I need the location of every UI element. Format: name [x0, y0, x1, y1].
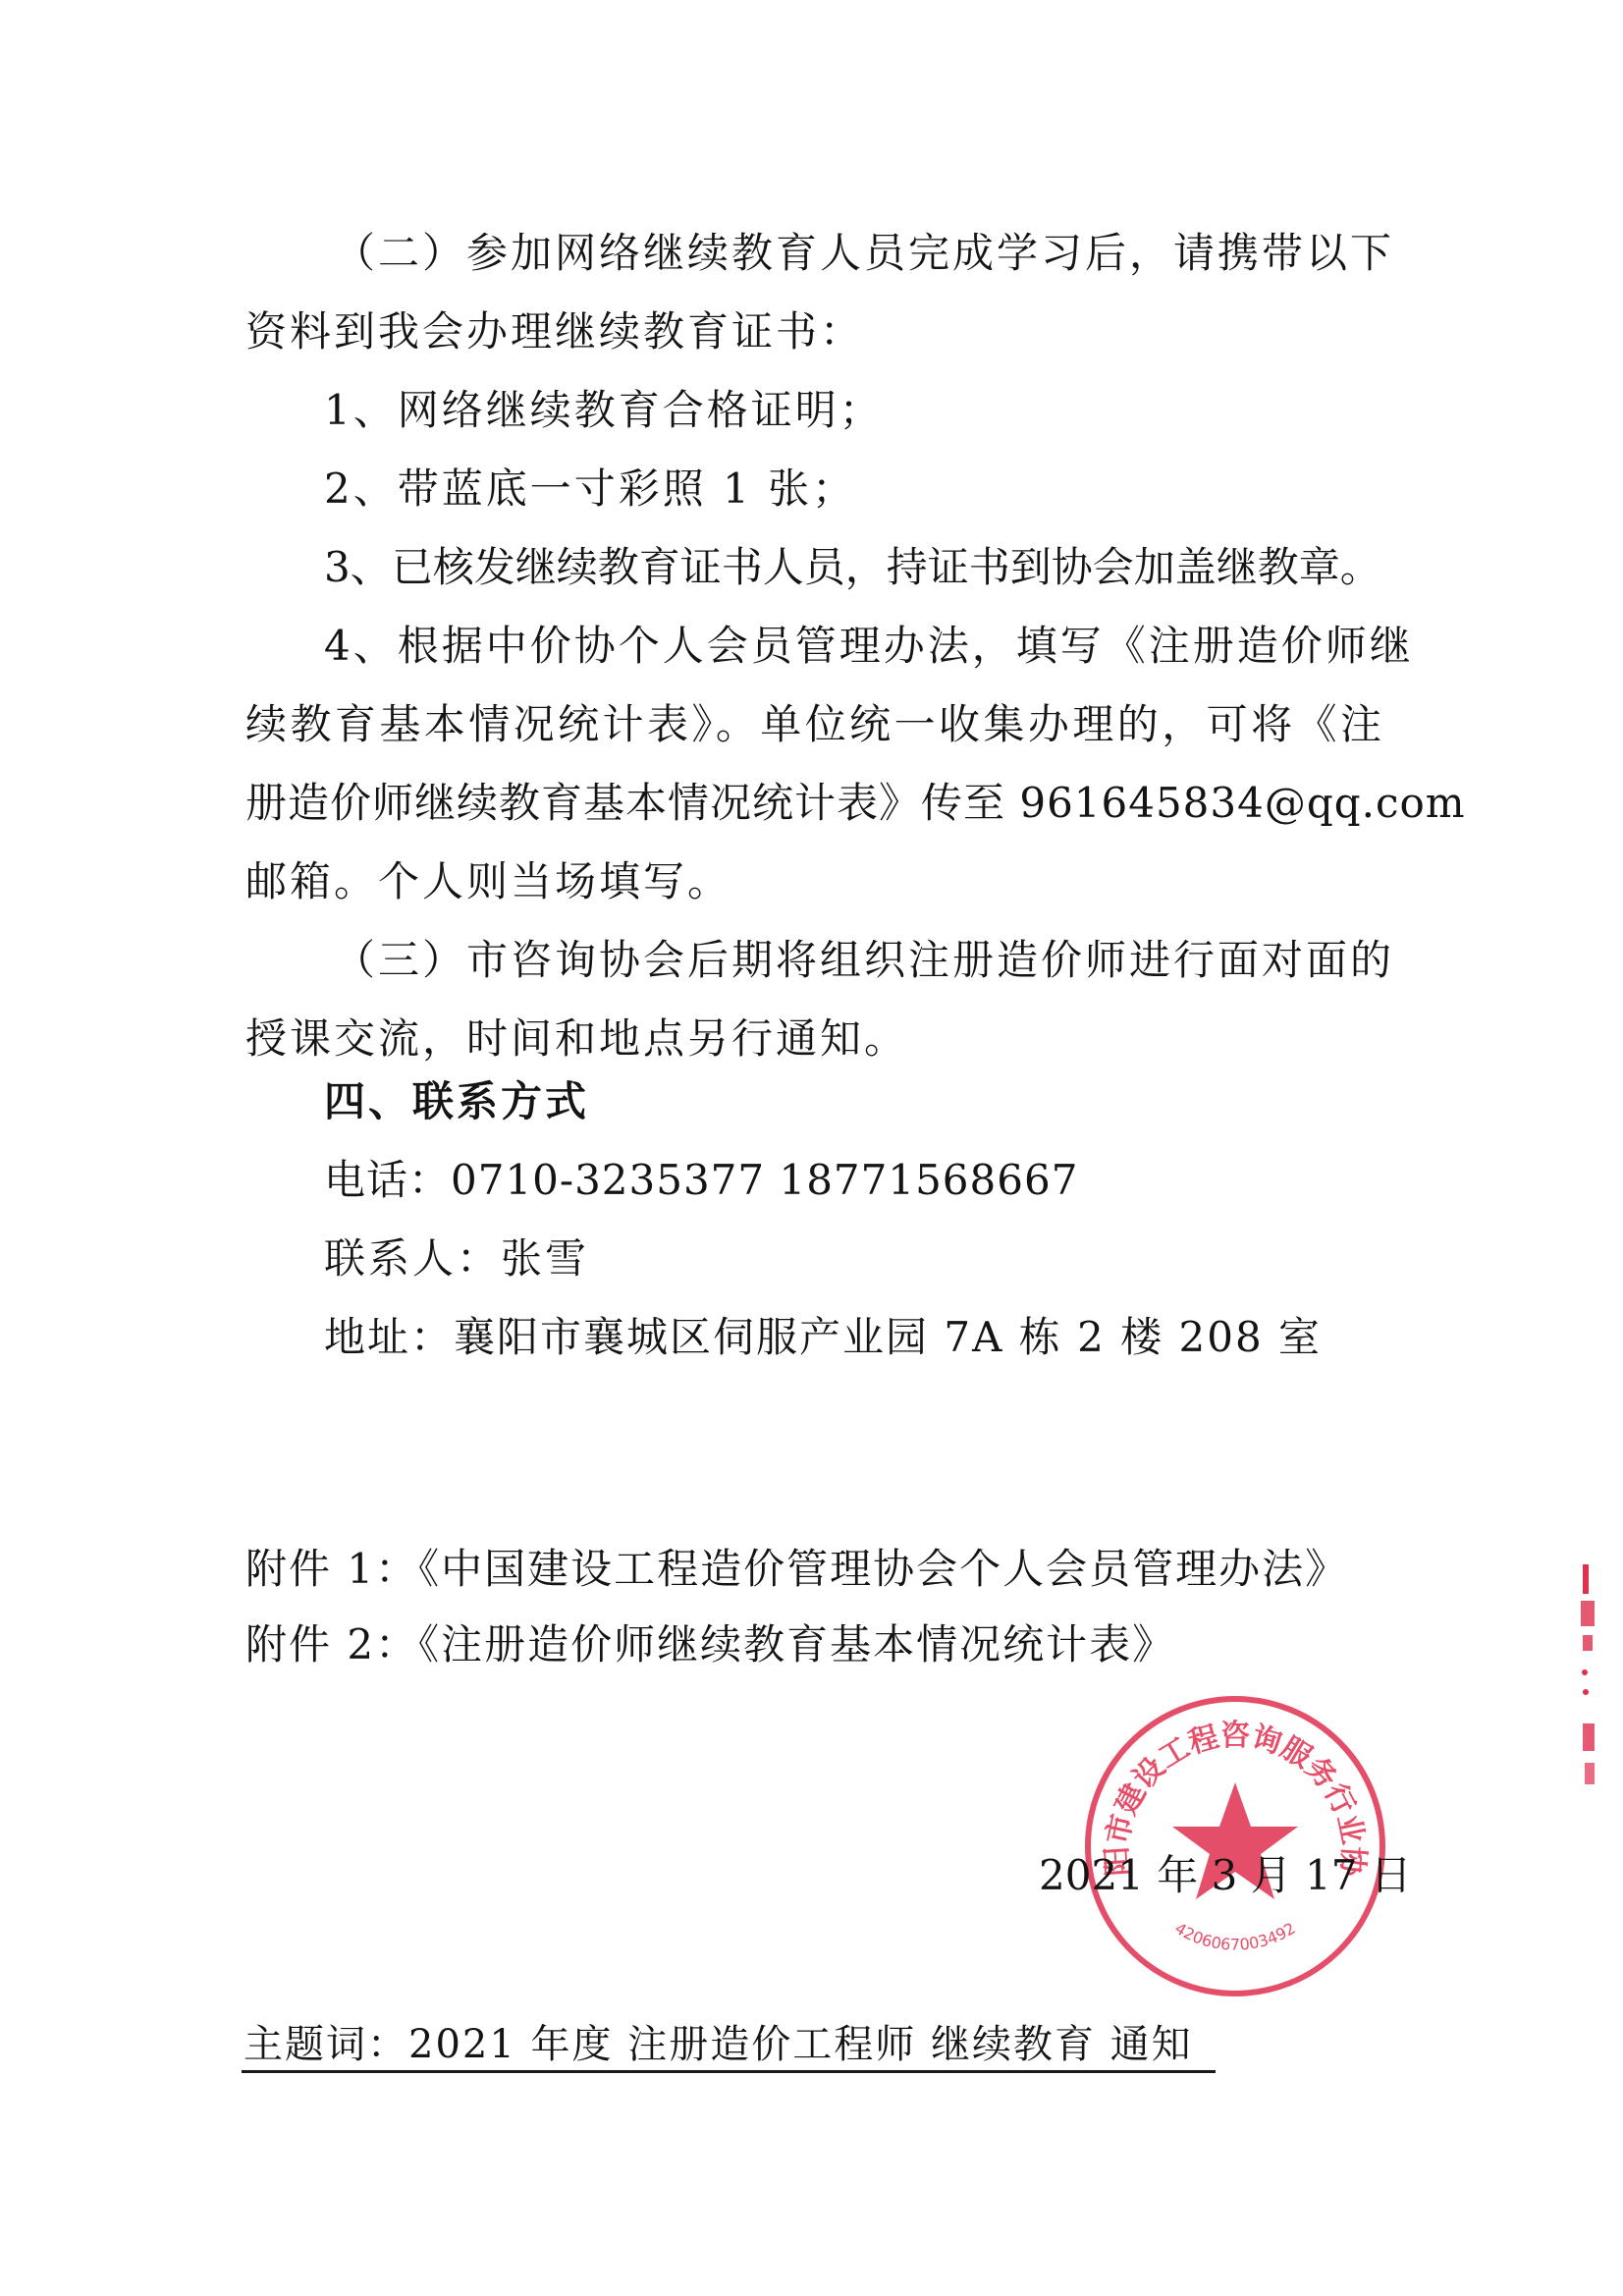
paragraph-line: 续教育基本情况统计表》。单位统一收集办理的，可将《注: [245, 695, 1384, 754]
paragraph-line: 册造价师继续教育基本情况统计表》传至 961645834@qq.com: [245, 774, 1384, 833]
list-item: 3、已核发继续教育证书人员，持证书到协会加盖继教章。: [324, 538, 1381, 597]
subject-keywords: 主题词：2021 年度 注册造价工程师 继续教育 通知: [243, 2015, 1193, 2074]
paragraph-line: 资料到我会办理继续教育证书：: [245, 302, 864, 361]
partial-seal-edge-icon: [1569, 1557, 1608, 1802]
contact-phone: 电话：0710-3235377 18771568667: [324, 1151, 1078, 1210]
contact-person: 联系人：张雪: [324, 1230, 589, 1288]
svg-text:4206067003492: 4206067003492: [1171, 1919, 1298, 1954]
list-item: 1、网络继续教育合格证明；: [324, 381, 884, 440]
list-item: 4、根据中价协个人会员管理办法，填写《注册造价师继: [324, 617, 1384, 676]
contact-address: 地址：襄阳市襄城区伺服产业园 7A 栋 2 楼 208 室: [324, 1308, 1322, 1367]
attachment-1: 附件 1：《中国建设工程造价管理协会个人会员管理办法》: [245, 1540, 1348, 1599]
paragraph-line: 授课交流，时间和地点另行通知。: [245, 1010, 908, 1068]
attachment-2: 附件 2：《注册造价师继续教育基本情况统计表》: [245, 1615, 1175, 1674]
paragraph-line: （三）市咨询协会后期将组织注册造价师进行面对面的: [334, 931, 1384, 990]
list-item: 2、带蓝底一寸彩照 1 张；: [324, 460, 856, 519]
section-heading: 四、联系方式: [324, 1072, 589, 1131]
paragraph-line: 邮箱。个人则当场填写。: [245, 852, 731, 911]
keywords-underline: [242, 2070, 1216, 2073]
document-date: 2021 年 3 月 17 日: [1039, 1846, 1412, 1905]
paragraph-line: （二）参加网络继续教育人员完成学习后，请携带以下: [334, 224, 1384, 283]
